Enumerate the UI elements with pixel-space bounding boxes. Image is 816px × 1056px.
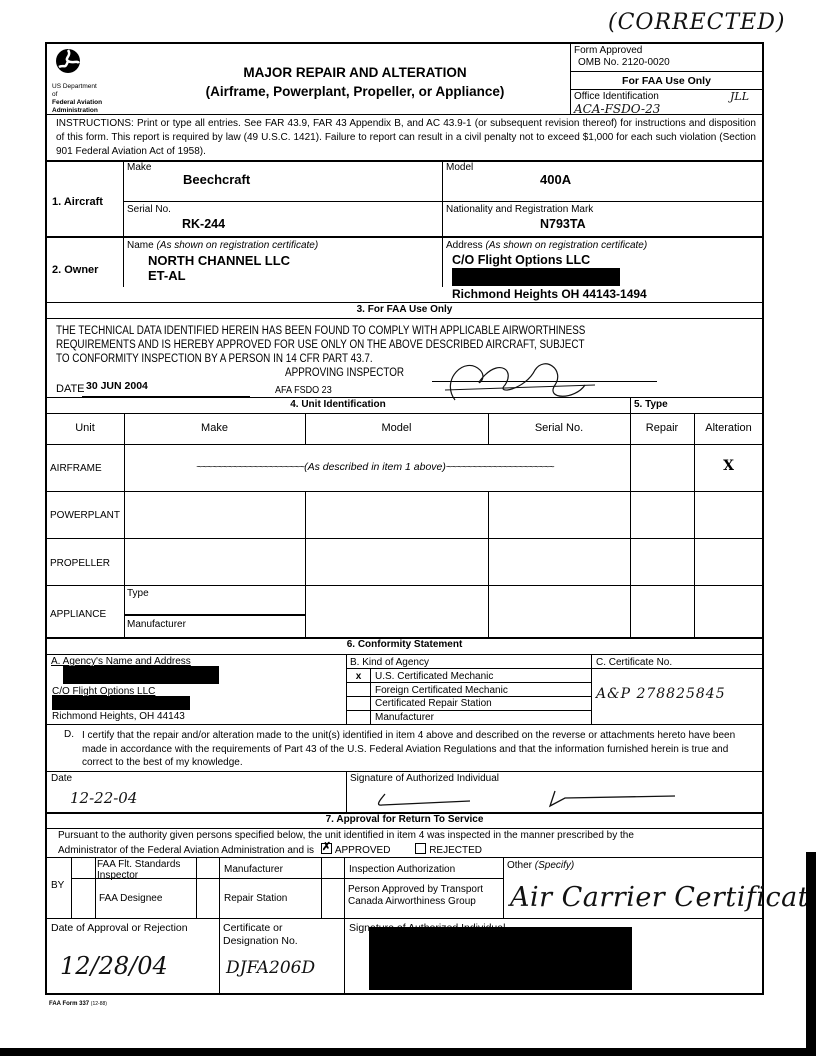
approving-inspector-label: APPROVING INSPECTOR bbox=[285, 367, 404, 379]
divider bbox=[346, 668, 763, 669]
divider bbox=[46, 918, 503, 919]
ia-checkbox[interactable] bbox=[322, 858, 344, 878]
divider bbox=[694, 413, 695, 637]
appliance-type-label: Type bbox=[127, 588, 149, 599]
office-id-initials: JLL bbox=[730, 90, 749, 103]
divider bbox=[344, 857, 345, 918]
divider bbox=[570, 71, 763, 72]
address-label-note: (As shown on registration certificate) bbox=[485, 240, 647, 251]
model-label: Model bbox=[446, 162, 473, 173]
dot-logo-icon bbox=[55, 48, 81, 74]
transport-canada-checkbox[interactable] bbox=[322, 879, 344, 917]
other-label: Other (Specify) bbox=[507, 860, 574, 871]
kind-repair-station-label: Certificated Repair Station bbox=[375, 698, 492, 709]
approval-text-line2: Administrator of the Federal Aviation Ad… bbox=[58, 845, 314, 856]
make-label: Make bbox=[127, 162, 151, 173]
approval-date-field[interactable]: 12/28/04 bbox=[60, 952, 168, 980]
divider bbox=[346, 771, 347, 812]
approval-date-label: Date of Approval or Rejection bbox=[51, 922, 188, 934]
designation-label: Certificate or Designation No. bbox=[223, 922, 298, 948]
form-revision: (12-88) bbox=[91, 1001, 107, 1007]
manufacturer-label: Manufacturer bbox=[224, 864, 283, 875]
owner-name-line: NORTH CHANNEL LLC bbox=[148, 253, 290, 268]
airframe-alteration-checkbox[interactable]: X bbox=[694, 458, 763, 474]
unit-airframe-label: AIRFRAME bbox=[50, 463, 102, 474]
faa-use-only: For FAA Use Only bbox=[570, 75, 763, 87]
name-label-note: (As shown on registration certificate) bbox=[156, 240, 318, 251]
approval-text-line1: Pursuant to the authority given persons … bbox=[58, 830, 634, 841]
kind-foreign-mechanic-label: Foreign Certificated Mechanic bbox=[375, 685, 508, 696]
redacted-block bbox=[52, 696, 190, 710]
faa-date-label: DATE bbox=[56, 383, 85, 395]
appliance-manufacturer-label: Manufacturer bbox=[127, 619, 186, 630]
divider bbox=[123, 237, 124, 287]
rejected-option[interactable]: REJECTED bbox=[415, 845, 482, 856]
divider bbox=[46, 828, 763, 829]
owner-address-line[interactable]: C/O Flight Options LLC bbox=[452, 253, 590, 267]
approved-label: APPROVED bbox=[335, 845, 391, 856]
office-id-label: Office Identification bbox=[574, 91, 659, 102]
propeller-make-field[interactable] bbox=[125, 539, 304, 584]
divider bbox=[442, 161, 443, 287]
divider bbox=[503, 918, 763, 919]
col-header-unit: Unit bbox=[46, 422, 124, 434]
divider bbox=[591, 654, 592, 724]
divider bbox=[46, 114, 763, 115]
fsi-checkbox[interactable] bbox=[72, 858, 95, 878]
by-label: BY bbox=[51, 880, 64, 891]
divider bbox=[346, 710, 591, 711]
divider bbox=[219, 857, 220, 918]
unit-id-section-label: 4. Unit Identification bbox=[46, 399, 630, 410]
col-header-make: Make bbox=[124, 422, 305, 434]
divider bbox=[124, 614, 305, 616]
serial-label: Serial No. bbox=[127, 204, 171, 215]
divider bbox=[46, 413, 763, 414]
redacted-block bbox=[452, 268, 620, 286]
powerplant-make-field[interactable] bbox=[125, 492, 304, 537]
form-number-text: FAA Form 337 bbox=[49, 1001, 89, 1007]
certify-letter: D. bbox=[64, 729, 74, 740]
kind-manufacturer-checkbox[interactable] bbox=[347, 712, 370, 724]
approval-text-line2-row: Administrator of the Federal Aviation Ad… bbox=[58, 843, 482, 856]
certify-statement: I certify that the repair and/or alterat… bbox=[82, 729, 747, 770]
name-label-text: Name bbox=[127, 240, 154, 251]
unit-appliance-label: APPLIANCE bbox=[50, 609, 106, 620]
powerplant-serial-field[interactable] bbox=[489, 492, 629, 537]
propeller-model-field[interactable] bbox=[306, 539, 487, 584]
agency-line: Federal Aviation bbox=[52, 99, 102, 107]
omb-number: OMB No. 2120-0020 bbox=[578, 57, 670, 68]
fsi-label: FAA Flt. Standards Inspector bbox=[97, 859, 195, 881]
tilde-rule-right: ~~~~~~~~~~~~~~~~~~~~~ bbox=[446, 461, 554, 473]
agency-line: of bbox=[52, 91, 102, 99]
designation-no-field[interactable]: DJFA206D bbox=[226, 958, 315, 978]
designation-label-line: Certificate or bbox=[223, 922, 298, 935]
divider bbox=[346, 696, 591, 697]
address-label-text: Address bbox=[446, 240, 483, 251]
divider bbox=[46, 236, 763, 238]
tilde-rule-left: ~~~~~~~~~~~~~~~~~~~~~ bbox=[196, 461, 304, 473]
divider bbox=[219, 918, 220, 994]
divider bbox=[46, 857, 763, 858]
rejected-label: REJECTED bbox=[429, 845, 482, 856]
owner-address-line[interactable]: Richmond Heights OH 44143-1494 bbox=[452, 287, 647, 301]
kind-us-mechanic-label: U.S. Certificated Mechanic bbox=[375, 671, 493, 682]
repair-station-label: Repair Station bbox=[224, 893, 287, 904]
other-specify-field[interactable]: Air Carrier Certificate bbox=[510, 882, 816, 913]
conformity-signature-label: Signature of Authorized Individual bbox=[350, 773, 499, 784]
serial-field[interactable]: RK-244 bbox=[182, 217, 225, 231]
propeller-serial-field[interactable] bbox=[489, 539, 629, 584]
approval-section-label: 7. Approval for Return To Service bbox=[46, 814, 763, 825]
rejected-checkbox[interactable] bbox=[415, 843, 426, 854]
ia-label: Inspection Authorization bbox=[349, 864, 455, 875]
make-field[interactable]: Beechcraft bbox=[183, 172, 250, 187]
repair-station-checkbox[interactable] bbox=[197, 879, 219, 917]
divider bbox=[95, 857, 96, 918]
kind-of-agency-label: B. Kind of Agency bbox=[350, 657, 429, 668]
airframe-span-text: (As described in item 1 above) bbox=[304, 461, 446, 473]
col-header-repair: Repair bbox=[630, 422, 694, 434]
owner-name-field[interactable]: NORTH CHANNEL LLC ET-AL bbox=[148, 253, 290, 283]
divider bbox=[124, 201, 763, 202]
manufacturer-checkbox[interactable] bbox=[197, 858, 219, 878]
col-header-model: Model bbox=[305, 422, 488, 434]
airframe-described-field: ~~~~~~~~~~~~~~~~~~~~~(As described in it… bbox=[160, 461, 590, 473]
conformity-date-field[interactable]: 12-22-04 bbox=[70, 789, 137, 807]
agency-block: US Department of Federal Aviation Admini… bbox=[52, 83, 102, 115]
col-header-serial: Serial No. bbox=[488, 422, 630, 434]
divider bbox=[46, 302, 763, 303]
divider bbox=[46, 444, 763, 445]
kind-us-mechanic-checkbox[interactable]: x bbox=[347, 671, 370, 682]
divider bbox=[46, 724, 763, 725]
scan-edge-right bbox=[806, 852, 816, 1048]
form-subtitle: (Airframe, Powerplant, Propeller, or App… bbox=[140, 84, 570, 99]
divider bbox=[46, 585, 763, 586]
agency-line: US Department bbox=[52, 83, 102, 91]
divider bbox=[46, 771, 763, 772]
scan-edge-bottom bbox=[0, 1048, 816, 1056]
divider bbox=[346, 682, 591, 683]
owner-section-label: 2. Owner bbox=[52, 264, 98, 276]
certificate-no-label: C. Certificate No. bbox=[596, 657, 672, 668]
instructions: INSTRUCTIONS: Print or type all entries.… bbox=[56, 117, 756, 159]
divider bbox=[46, 160, 763, 162]
unit-propeller-label: PROPELLER bbox=[50, 558, 110, 569]
certificate-no-field[interactable]: A&P 278825845 bbox=[596, 686, 726, 702]
unit-powerplant-label: POWERPLANT bbox=[50, 510, 120, 521]
model-field[interactable]: 400A bbox=[540, 172, 571, 187]
divider bbox=[46, 318, 763, 319]
designation-label-line: Designation No. bbox=[223, 935, 298, 948]
agency-address-line: Richmond Heights, OH 44143 bbox=[52, 711, 185, 722]
conformity-date-label: Date bbox=[51, 773, 72, 784]
other-label-note: (Specify) bbox=[535, 860, 574, 871]
owner-name-line: ET-AL bbox=[148, 268, 290, 283]
redacted-block bbox=[369, 927, 632, 990]
faa-date-stamp: 30 JUN 2004 bbox=[86, 380, 148, 392]
type-section-label: 5. Type bbox=[634, 399, 668, 410]
divider bbox=[46, 654, 763, 655]
approved-option[interactable]: APPROVED bbox=[321, 845, 393, 856]
redacted-block bbox=[63, 666, 219, 684]
registration-field[interactable]: N793TA bbox=[540, 217, 586, 231]
kind-manufacturer-label: Manufacturer bbox=[375, 712, 434, 723]
statement-line: THE TECHNICAL DATA IDENTIFIED HEREIN HAS… bbox=[56, 324, 585, 338]
form-number: FAA Form 337 (12-88) bbox=[49, 1001, 107, 1007]
form-title: MAJOR REPAIR AND ALTERATION bbox=[140, 65, 570, 80]
conformity-signature-field[interactable] bbox=[370, 788, 690, 812]
owner-address-label: Address (As shown on registration certif… bbox=[446, 240, 647, 251]
powerplant-model-field[interactable] bbox=[306, 492, 487, 537]
aircraft-section-label: 1. Aircraft bbox=[52, 196, 103, 208]
designee-checkbox[interactable] bbox=[72, 879, 95, 917]
divider bbox=[46, 397, 763, 398]
transport-canada-label: Person Approved by Transport Canada Airw… bbox=[348, 884, 504, 908]
designee-label: FAA Designee bbox=[99, 893, 162, 904]
divider bbox=[344, 918, 345, 994]
form-approved: Form Approved bbox=[574, 45, 642, 56]
corrected-annotation: (CORRECTED) bbox=[608, 10, 785, 35]
conformity-section-label: 6. Conformity Statement bbox=[46, 639, 763, 650]
approved-checkbox[interactable] bbox=[321, 843, 332, 854]
office-stamp: AFA FSDO 23 bbox=[275, 384, 332, 396]
other-label-text: Other bbox=[507, 860, 532, 871]
faa-use-section-label: 3. For FAA Use Only bbox=[46, 304, 763, 315]
owner-name-label: Name (As shown on registration certifica… bbox=[127, 240, 318, 251]
col-header-alteration: Alteration bbox=[694, 422, 763, 434]
registration-label: Nationality and Registration Mark bbox=[446, 204, 593, 215]
